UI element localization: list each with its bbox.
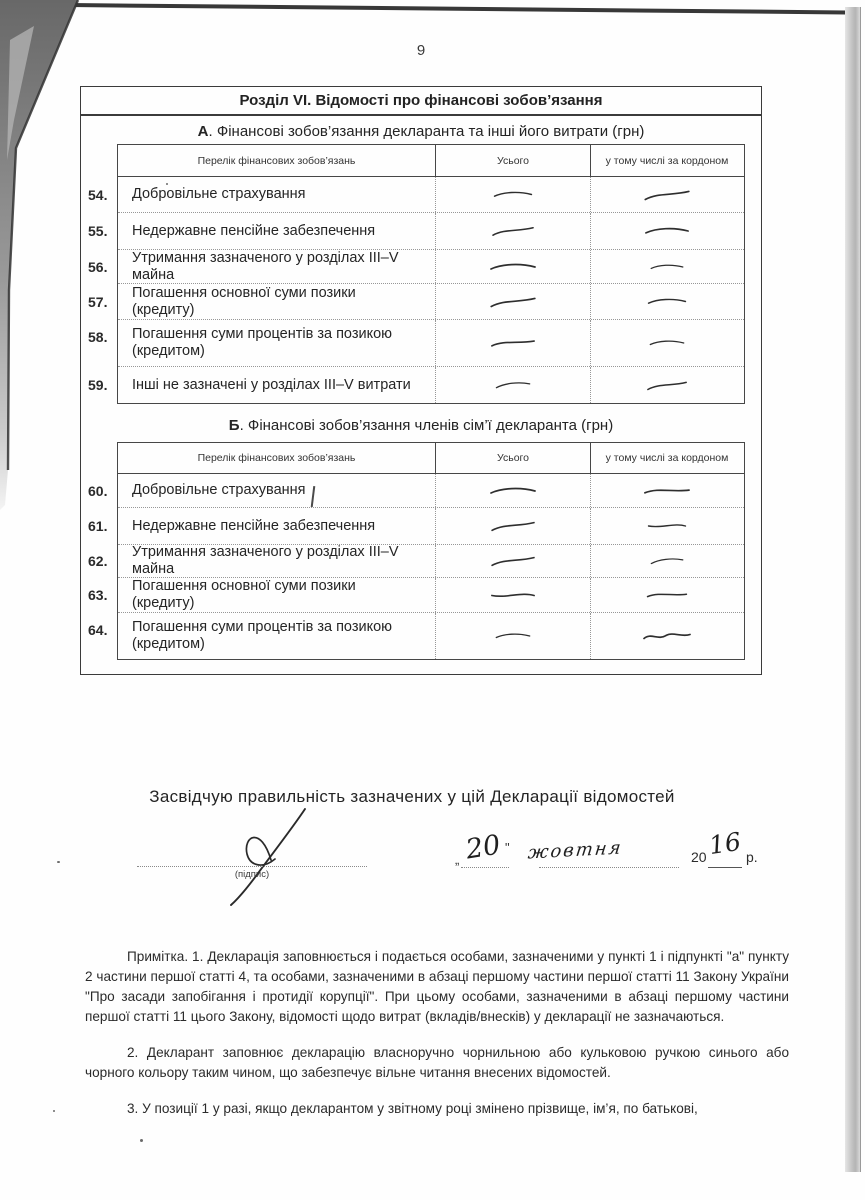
date-year-line [708, 867, 742, 868]
scan-speck [140, 1139, 143, 1142]
note-paragraph-1: Примітка. 1. Декларація заповнюється і п… [85, 947, 789, 1027]
row-number: 54. [88, 187, 115, 203]
handwritten-dash [494, 379, 533, 392]
row-number: 63. [88, 587, 115, 603]
row-label: Недержавне пенсійне забезпечення [132, 518, 375, 535]
handwritten-dash [646, 296, 688, 307]
table-a-letter: А [198, 123, 209, 140]
table-b-title-text: . Фінансові зобов’язання членів сім’ї де… [240, 417, 614, 434]
table-row: 64. Погашення суми процентів за позикою … [118, 613, 744, 659]
date-quote-open: „ [455, 852, 459, 867]
row-number: 56. [88, 259, 115, 275]
table-row: 61. Недержавне пенсійне забезпечення [118, 508, 744, 545]
date-quote-close: " [505, 840, 510, 855]
handwritten-dash [488, 261, 538, 273]
section-vi-box: Розділ VI. Відомості про фінансові зобов… [80, 86, 762, 675]
row-label: Добровільне страхування [132, 482, 306, 499]
handwritten-dash [648, 338, 686, 348]
handwritten-dash [642, 187, 693, 202]
page-number: 9 [80, 42, 762, 59]
scanned-declaration-page: 9 Розділ VI. Відомості про фінансові зоб… [0, 0, 865, 1200]
row-number: 59. [88, 377, 115, 393]
year-prefix: 20 [691, 849, 707, 865]
table-a-title: А. Фінансові зобов’язання декларанта та … [81, 123, 761, 140]
row-label: Утримання зазначеного у розділах III–V м… [132, 250, 411, 284]
handwritten-month: жовтня [527, 837, 624, 863]
table-row: 60. Добровільне страхування [118, 474, 744, 508]
handwritten-dash [643, 225, 691, 237]
certification-statement: Засвідчую правильність зазначених у цій … [80, 787, 744, 807]
row-number: 60. [88, 483, 115, 499]
handwritten-dash [492, 189, 534, 200]
table-b-letter: Б [229, 417, 240, 434]
row-number: 58. [88, 329, 115, 345]
row-label: Погашення основної суми позики (кредиту) [132, 285, 411, 319]
table-row: 59. Інші не зазначені у розділах III–V в… [118, 367, 744, 403]
handwritten-day: 20 [464, 830, 503, 866]
scan-right-edge-artifact [845, 7, 861, 1172]
handwritten-dash [488, 294, 539, 309]
row-number: 61. [88, 518, 115, 534]
row-label: Погашення основної суми позики (кредиту) [132, 578, 411, 612]
scan-top-edge-artifact [68, 3, 860, 14]
col-header-abroad: у тому числі за кордоном [591, 443, 743, 473]
section-title: Розділ VI. Відомості про фінансові зобов… [81, 87, 761, 116]
row-label: Добровільне страхування [132, 186, 306, 203]
table-row: 55. Недержавне пенсійне забезпечення [118, 213, 744, 250]
row-label: Погашення суми процентів за позикою (кре… [132, 619, 411, 653]
row-number: 64. [88, 622, 115, 638]
table-row: 62. Утримання зазначеного у розділах III… [118, 545, 744, 578]
notes-block: Примітка. 1. Декларація заповнюється і п… [85, 947, 789, 1119]
table-row: 56. Утримання зазначеного у розділах III… [118, 250, 744, 284]
handwritten-dash [489, 589, 537, 602]
row-label: Недержавне пенсійне забезпечення [132, 223, 375, 240]
signature-caption: (підпис) [137, 869, 367, 880]
table-row: 57. Погашення основної суми позики (кред… [118, 284, 744, 320]
col-header-total: Усього [436, 443, 591, 473]
row-label: Інші не зазначені у розділах III–V витра… [132, 377, 411, 394]
signature-line [137, 866, 367, 867]
table-b-title: Б. Фінансові зобов’язання членів сім’ї д… [81, 417, 761, 434]
date-day-line [461, 867, 509, 868]
handwritten-dash [642, 630, 692, 643]
handwritten-dash [645, 588, 690, 602]
handwritten-dash [489, 518, 538, 533]
table-b-header: Перелік фінансових зобов’язань Усього у … [118, 443, 744, 474]
note-paragraph-3: 3. У позиції 1 у разі, якщо декларантом … [85, 1099, 789, 1119]
handwritten-dash [489, 337, 537, 349]
handwritten-dash [642, 483, 693, 498]
handwritten-dash [649, 555, 686, 567]
handwritten-dash [646, 520, 688, 532]
table-b: Перелік фінансових зобов’язань Усього у … [117, 442, 745, 660]
col-header-list: Перелік фінансових зобов’язань [118, 443, 436, 473]
handwritten-dash [489, 553, 538, 568]
table-row: 54. Добровільне страхування [118, 177, 744, 213]
handwritten-dash [490, 223, 537, 238]
row-number: 55. [88, 223, 115, 239]
col-header-list: Перелік фінансових зобов’язань [118, 145, 436, 176]
table-row: 58. Погашення суми процентів за позикою … [118, 320, 744, 367]
table-a-title-text: . Фінансові зобов’язання декларанта та і… [208, 123, 644, 140]
year-label: р. [746, 849, 758, 865]
row-label: Погашення суми процентів за позикою (кре… [132, 326, 411, 360]
handwritten-dash [645, 378, 690, 392]
scan-speck [57, 861, 60, 863]
table-row: 63. Погашення основної суми позики (кред… [118, 578, 744, 613]
scan-speck [53, 1110, 55, 1112]
note-paragraph-2: 2. Декларант заповнює декларацію власнор… [85, 1043, 789, 1083]
col-header-total: Усього [436, 145, 591, 176]
date-month-line [539, 867, 679, 868]
handwritten-dash [494, 631, 532, 641]
table-a-header: Перелік фінансових зобов’язань Усього у … [118, 145, 744, 177]
row-number: 62. [88, 553, 115, 569]
handwritten-year: 16 [707, 827, 743, 860]
handwritten-dash [649, 262, 685, 272]
handwritten-dash [488, 485, 538, 497]
handwritten-signature [213, 806, 313, 906]
row-number: 57. [88, 294, 115, 310]
col-header-abroad: у тому числі за кордоном [591, 145, 743, 176]
table-a: Перелік фінансових зобов’язань Усього у … [117, 144, 745, 404]
row-label: Утримання зазначеного у розділах III–V м… [132, 544, 411, 578]
